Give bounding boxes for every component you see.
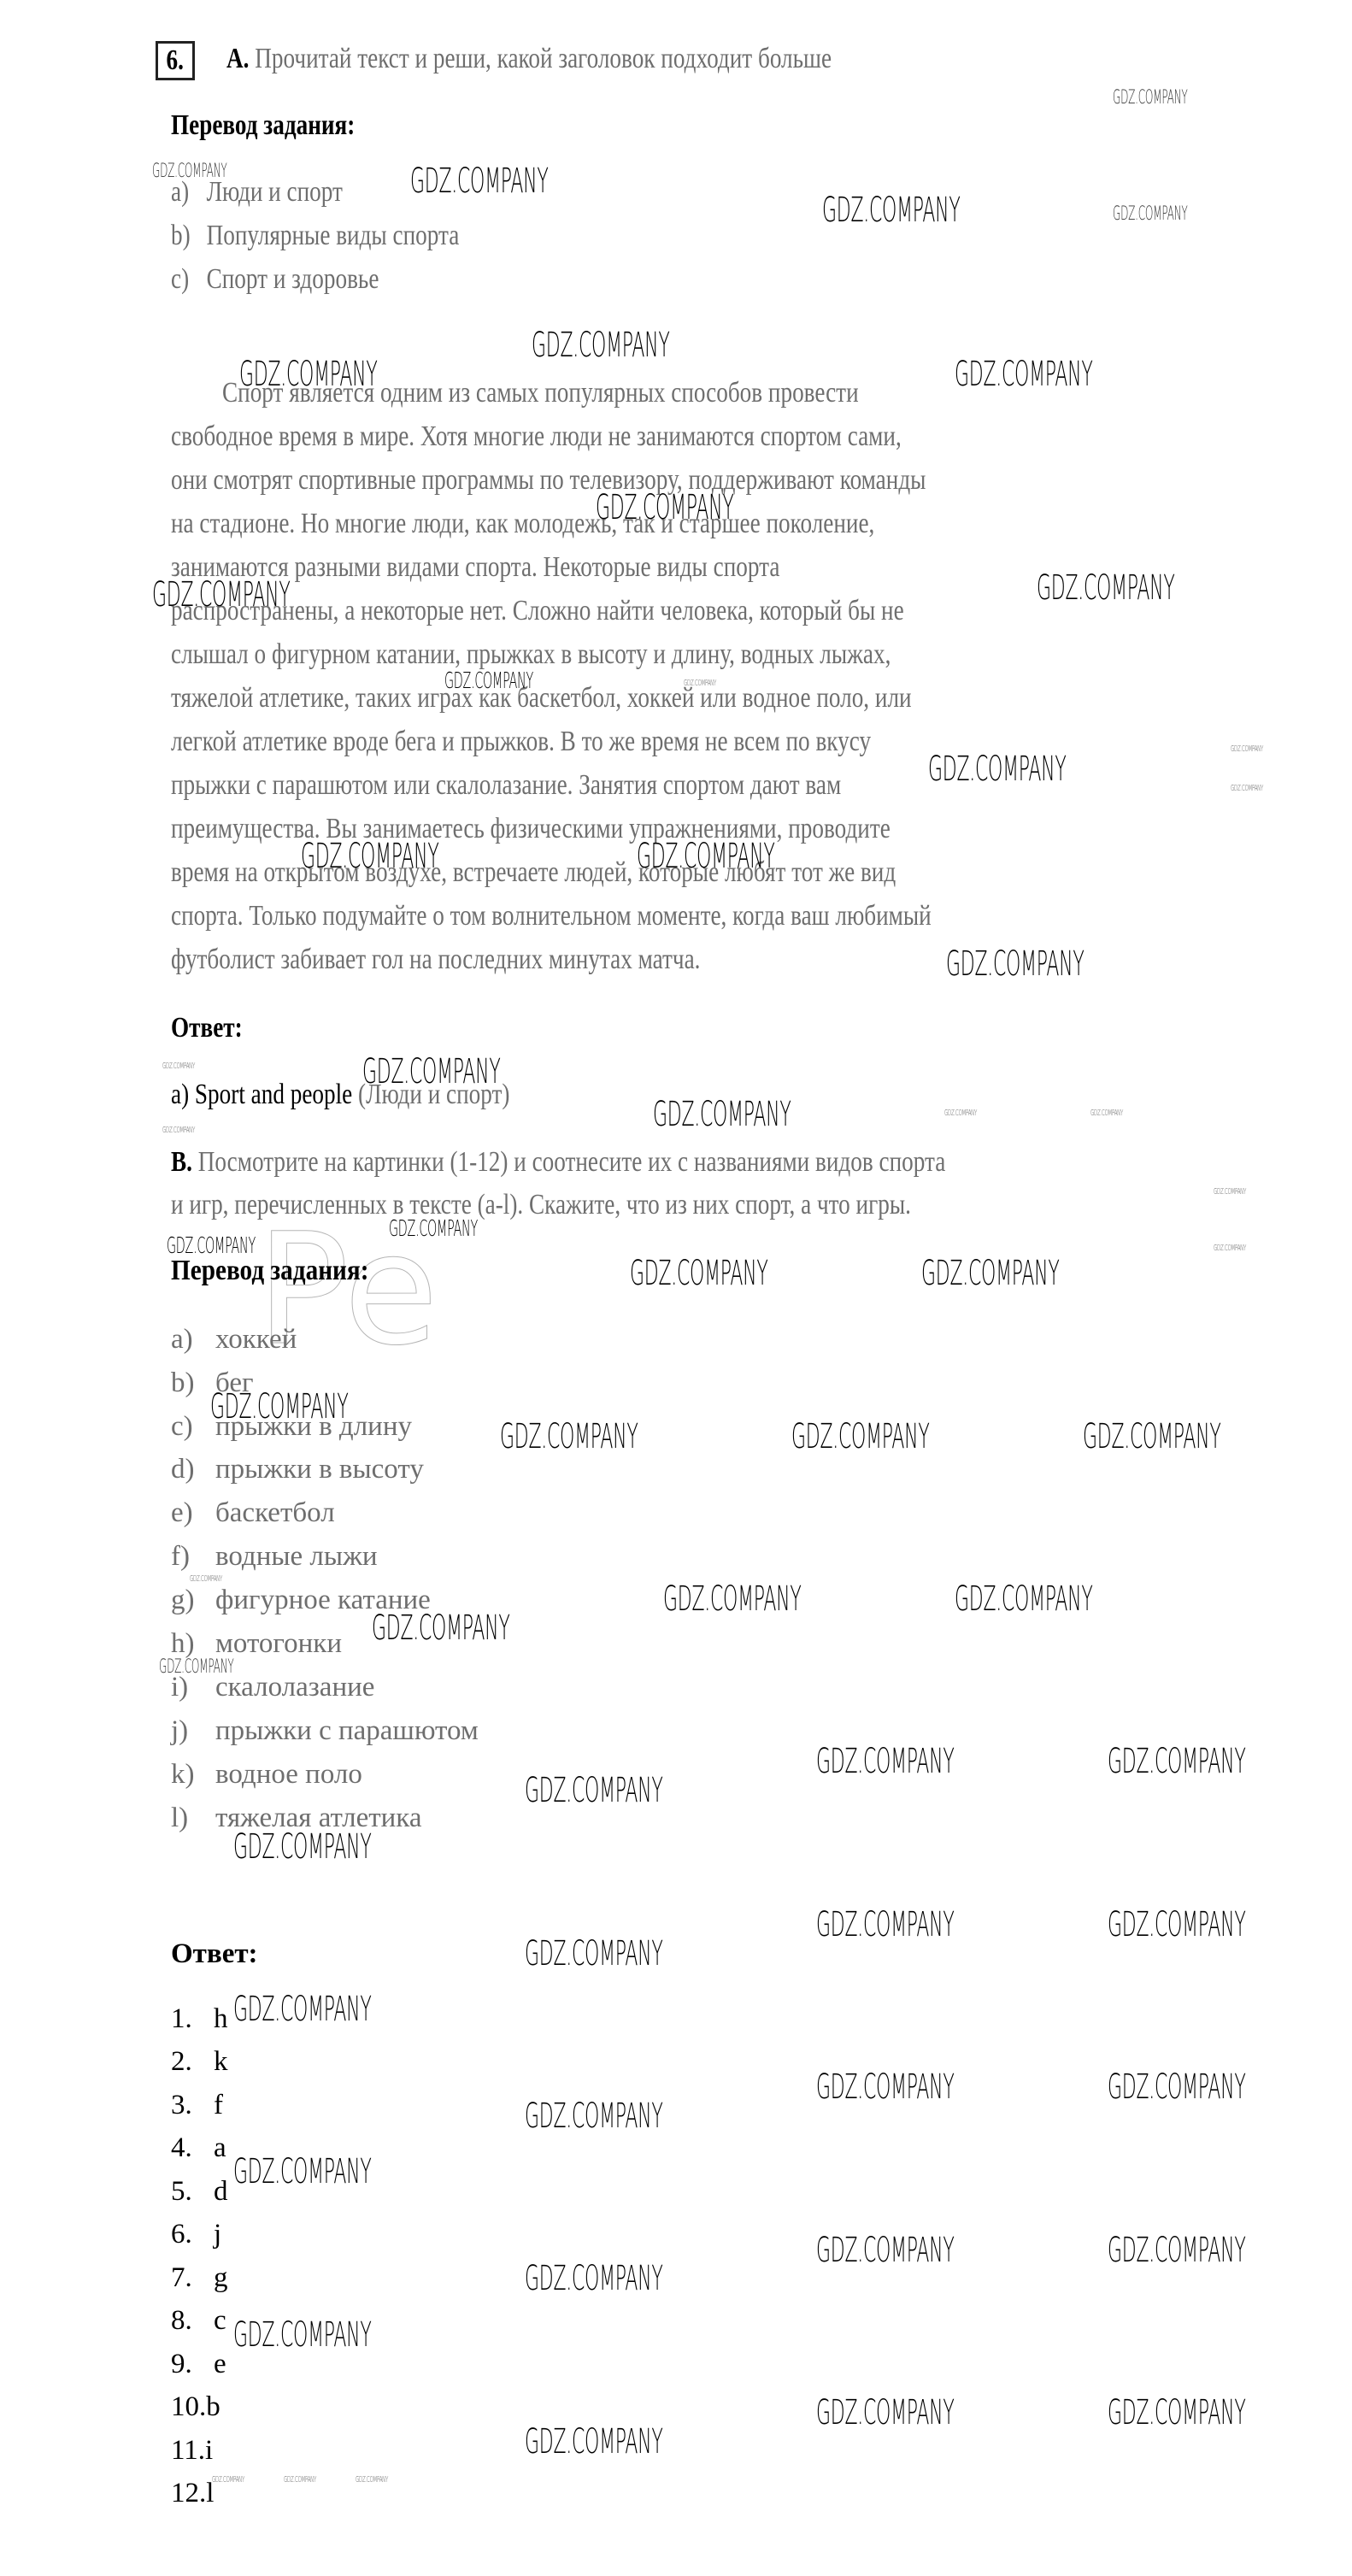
part-b-instruction: Посмотрите на картинки (1-12) и соотнеси… xyxy=(198,1146,946,1178)
watermark-text: GDZ.COMPANY xyxy=(816,2396,954,2430)
watermark-text: GDZ.COMPANY xyxy=(410,164,548,198)
sport-item: b)бег xyxy=(171,1369,254,1397)
sport-name: прыжки в длину xyxy=(215,1411,412,1442)
answer-number: 3. xyxy=(171,2091,214,2120)
watermark-text: GDZ.COMPANY xyxy=(928,752,1066,786)
watermark-text: GDZ.COMPANY xyxy=(190,1575,222,1584)
answer-item: 12.l xyxy=(171,2479,214,2508)
watermark-text: GDZ.COMPANY xyxy=(955,357,1092,391)
answer-number: 1. xyxy=(171,2005,214,2033)
watermark-text: GDZ.COMPANY xyxy=(816,2233,954,2267)
paragraph-line: занимаются разными видами спорта. Некото… xyxy=(171,553,779,582)
option-item: a)Люди и спорт xyxy=(171,178,343,207)
watermark-text: GDZ.COMPANY xyxy=(1090,1109,1123,1118)
watermark-text: GDZ.COMPANY xyxy=(1108,1908,1245,1942)
watermark-text: GDZ.COMPANY xyxy=(162,1062,195,1071)
sport-name: прыжки в высоту xyxy=(215,1454,424,1485)
answer-letter: d xyxy=(214,2176,228,2207)
watermark-text: GDZ.COMPANY xyxy=(525,2099,662,2133)
watermark-text: GDZ.COMPANY xyxy=(356,2476,388,2485)
sport-item: g)фигурное катание xyxy=(171,1586,431,1614)
answer-item: 1.h xyxy=(171,2005,228,2033)
sport-item: h)мотогонки xyxy=(171,1630,342,1658)
answer-item: 10.b xyxy=(171,2393,220,2421)
part-b-instruction-line: и игр, перечисленных в тексте (a-l). Ска… xyxy=(171,1191,911,1220)
part-a-instruction: Прочитай текст и реши, какой заголовок п… xyxy=(255,43,832,74)
watermark-text: GDZ.COMPANY xyxy=(822,193,960,227)
answer-item: 11.i xyxy=(171,2437,213,2465)
answer-letter: h xyxy=(214,2003,228,2034)
sport-item: d)прыжки в высоту xyxy=(171,1456,424,1484)
watermark-text: GDZ.COMPANY xyxy=(233,2155,371,2189)
sport-letter: j) xyxy=(171,1717,215,1745)
paragraph-line: футболист забивает гол на последних мину… xyxy=(171,945,700,974)
answer-letter: g xyxy=(214,2262,228,2293)
watermark-text: GDZ.COMPANY xyxy=(630,1256,767,1291)
sport-letter: a) xyxy=(171,1326,215,1354)
part-a-answer: a) Sport and people (Люди и спорт) xyxy=(171,1080,509,1109)
sport-letter: k) xyxy=(171,1761,215,1789)
sport-item: i)скалолазание xyxy=(171,1673,374,1702)
paragraph-line: они смотрят спортивные программы по теле… xyxy=(171,466,926,495)
paragraph-line: на стадионе. Но многие люди, как молодеж… xyxy=(171,509,874,538)
answer-number: 5. xyxy=(171,2178,214,2206)
answer-translation: (Люди и спорт) xyxy=(358,1079,509,1110)
part-a-translation-heading: Перевод задания: xyxy=(171,111,355,140)
part-b-label: B. xyxy=(171,1146,192,1178)
watermark-text: GDZ.COMPANY xyxy=(955,1582,1092,1616)
sport-name: прыжки с парашютом xyxy=(215,1715,479,1746)
part-a-label: A. xyxy=(226,43,249,74)
watermark-text: GDZ.COMPANY xyxy=(284,2476,316,2485)
watermark-text: GDZ.COMPANY xyxy=(816,1744,954,1779)
watermark-text: GDZ.COMPANY xyxy=(525,2425,662,2459)
watermark-text: GDZ.COMPANY xyxy=(1214,1188,1246,1197)
watermark-text: GDZ.COMPANY xyxy=(233,2318,371,2352)
option-text: Люди и спорт xyxy=(207,176,343,208)
watermark-text: GDZ.COMPANY xyxy=(500,1420,638,1454)
answer-letter: c xyxy=(214,2305,226,2336)
watermark-text: GDZ.COMPANY xyxy=(1108,2396,1245,2430)
sport-name: фигурное катание xyxy=(215,1585,431,1615)
answer-item: 5.d xyxy=(171,2178,228,2206)
paragraph-line: спорта. Только подумайте о том волнитель… xyxy=(171,902,932,931)
sport-item: l)тяжелая атлетика xyxy=(171,1804,422,1832)
answer-number: 10. xyxy=(171,2391,206,2422)
answer-letter: f xyxy=(214,2090,223,2120)
part-a-answer-heading: Ответ: xyxy=(171,1014,243,1043)
answer-number: 6. xyxy=(171,2220,214,2249)
answer-number: 12. xyxy=(171,2478,206,2508)
sport-item: j)прыжки с парашютом xyxy=(171,1717,479,1745)
watermark-text: GDZ.COMPANY xyxy=(791,1420,929,1454)
sport-name: хоккей xyxy=(215,1324,297,1355)
sport-letter: l) xyxy=(171,1804,215,1832)
answer-number: 11. xyxy=(171,2435,205,2466)
sport-letter: f) xyxy=(171,1543,215,1571)
watermark-text: GDZ.COMPANY xyxy=(1108,2233,1245,2267)
answer-number: 7. xyxy=(171,2264,214,2292)
part-b-translation-heading: Перевод задания: xyxy=(171,1256,368,1285)
answer-number: 4. xyxy=(171,2134,214,2162)
watermark-text: GDZ.COMPANY xyxy=(212,2476,244,2485)
watermark-text: GDZ.COMPANY xyxy=(816,2070,954,2104)
watermark-text: GDZ.COMPANY xyxy=(525,1937,662,1971)
answer-letter: k xyxy=(214,2046,228,2077)
option-item: b)Популярные виды спорта xyxy=(171,221,459,250)
answer-item: 7.g xyxy=(171,2264,228,2292)
answer-number: 9. xyxy=(171,2350,214,2379)
paragraph-line: свободное время в мире. Хотя многие люди… xyxy=(171,422,902,451)
answer-letter: a xyxy=(214,2132,226,2163)
answer-number: 8. xyxy=(171,2307,214,2335)
watermark-text: GDZ.COMPANY xyxy=(1214,1244,1246,1253)
answer-english: a) Sport and people xyxy=(171,1079,352,1110)
watermark-text: GDZ.COMPANY xyxy=(1231,785,1263,793)
option-letter: a) xyxy=(171,178,207,207)
paragraph-line: тяжелой атлетике, таких играх как баскет… xyxy=(171,684,912,713)
sport-letter: d) xyxy=(171,1456,215,1484)
watermark-text: GDZ.COMPANY xyxy=(1231,745,1263,754)
sport-letter: i) xyxy=(171,1673,215,1702)
watermark-text: GDZ.COMPANY xyxy=(1113,89,1187,108)
sport-name: водные лыжи xyxy=(215,1541,378,1572)
watermark-text: GDZ.COMPANY xyxy=(1108,2070,1245,2104)
answer-item: 4.a xyxy=(171,2134,226,2162)
paragraph-line: Спорт является одним из самых популярных… xyxy=(222,379,859,408)
sport-item: a)хоккей xyxy=(171,1326,297,1354)
sport-letter: g) xyxy=(171,1586,215,1614)
paragraph-line: слышал о фигурном катании, прыжках в выс… xyxy=(171,640,891,669)
option-item: c)Спорт и здоровье xyxy=(171,265,379,294)
sport-letter: b) xyxy=(171,1369,215,1397)
watermark-text: GDZ.COMPANY xyxy=(946,947,1084,981)
paragraph-line: время на открытом воздухе, встречаете лю… xyxy=(171,858,896,887)
watermark-text: GDZ.COMPANY xyxy=(1083,1420,1220,1454)
answer-letter: i xyxy=(205,2435,213,2466)
paragraph-line: распространены, а некоторые нет. Сложно … xyxy=(171,597,904,626)
watermark-text: GDZ.COMPANY xyxy=(525,2261,662,2296)
sport-name: тяжелая атлетика xyxy=(215,1803,422,1833)
watermark-text: GDZ.COMPANY xyxy=(389,1218,478,1240)
watermark-text: GDZ.COMPANY xyxy=(233,1992,371,2026)
watermark-text: GDZ.COMPANY xyxy=(372,1611,509,1645)
watermark-text: GDZ.COMPANY xyxy=(663,1582,801,1616)
watermark-text: GDZ.COMPANY xyxy=(532,328,669,362)
sport-item: f)водные лыжи xyxy=(171,1543,378,1571)
option-text: Популярные виды спорта xyxy=(207,220,460,251)
option-letter: b) xyxy=(171,221,207,250)
answer-letter: j xyxy=(214,2219,221,2250)
option-text: Спорт и здоровье xyxy=(207,263,379,295)
answer-number: 2. xyxy=(171,2048,214,2076)
paragraph-line: преимущества. Вы занимаетесь физическими… xyxy=(171,815,891,844)
answer-letter: e xyxy=(214,2349,226,2379)
sport-name: бег xyxy=(215,1367,254,1398)
watermark-text: GDZ.COMPANY xyxy=(944,1109,977,1118)
part-a-instruction-line: A. Прочитай текст и реши, какой заголово… xyxy=(226,44,832,74)
answer-letter: l xyxy=(206,2478,214,2508)
answer-item: 8.c xyxy=(171,2307,226,2335)
sport-letter: c) xyxy=(171,1413,215,1441)
part-b-answer-heading: Ответ: xyxy=(171,1940,258,1968)
sport-name: скалолазание xyxy=(215,1672,374,1703)
paragraph-line: легкой атлетике вроде бега и прыжков. В … xyxy=(171,727,871,756)
sport-letter: e) xyxy=(171,1499,215,1527)
answer-item: 3.f xyxy=(171,2091,223,2120)
answer-letter: b xyxy=(206,2391,220,2422)
task-number-box: 6. xyxy=(156,41,195,80)
sport-item: k)водное поло xyxy=(171,1761,362,1789)
watermark-text: GDZ.COMPANY xyxy=(653,1097,791,1132)
option-letter: c) xyxy=(171,265,207,294)
sport-item: c)прыжки в длину xyxy=(171,1413,412,1441)
watermark-text: GDZ.COMPANY xyxy=(816,1908,954,1942)
sport-name: мотогонки xyxy=(215,1628,342,1659)
part-b-instruction-line: B. Посмотрите на картинки (1-12) и соотн… xyxy=(171,1148,945,1177)
sport-letter: h) xyxy=(171,1630,215,1658)
watermark-text: GDZ.COMPANY xyxy=(233,1830,371,1864)
watermark-text: GDZ.COMPANY xyxy=(921,1256,1059,1291)
sport-item: e)баскетбол xyxy=(171,1499,335,1527)
answer-item: 6.j xyxy=(171,2220,221,2249)
watermark-text: GDZ.COMPANY xyxy=(525,1773,662,1808)
watermark-text: GDZ.COMPANY xyxy=(1108,1744,1245,1779)
sport-name: водное поло xyxy=(215,1759,362,1790)
paragraph-line: прыжки с парашютом или скалолазание. Зан… xyxy=(171,771,841,800)
answer-item: 9.e xyxy=(171,2350,226,2379)
task-number: 6. xyxy=(167,44,184,77)
watermark-text: GDZ.COMPANY xyxy=(162,1126,195,1135)
sport-name: баскетбол xyxy=(215,1497,335,1528)
watermark-text: GDZ.COMPANY xyxy=(1037,571,1174,605)
answer-item: 2.k xyxy=(171,2048,228,2076)
watermark-text: GDZ.COMPANY xyxy=(1113,205,1187,224)
